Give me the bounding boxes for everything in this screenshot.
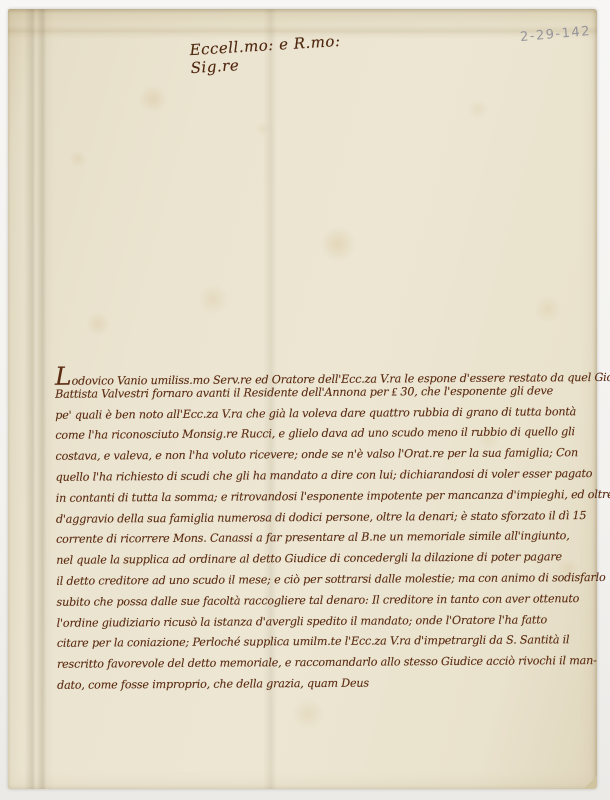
scan-background: 2-29-142 Eccell.mo: e R.mo: Sig.re Lodov… <box>0 0 610 800</box>
manuscript-line: subito che possa dalle sue facoltà racco… <box>56 589 568 613</box>
manuscript-line: in contanti di tutta la somma; e ritrova… <box>56 485 568 509</box>
archival-reference-number: 2-29-142 <box>519 24 591 45</box>
manuscript-page: 2-29-142 Eccell.mo: e R.mo: Sig.re Lodov… <box>8 9 597 789</box>
manuscript-line: dato, come fosse improprio, che della gr… <box>57 672 569 696</box>
manuscript-line: rescritto favorevole del detto memoriale… <box>57 651 569 675</box>
manuscript-line: Battista Valvestri fornaro avanti il Res… <box>55 381 567 405</box>
salutation-line: Eccell.mo: e R.mo: Sig.re <box>189 29 391 77</box>
letter-body: Lodovico Vanio umiliss.mo Serv.re ed Ora… <box>55 360 569 696</box>
corner-curl <box>581 771 597 789</box>
fold-crease-left <box>24 9 54 789</box>
